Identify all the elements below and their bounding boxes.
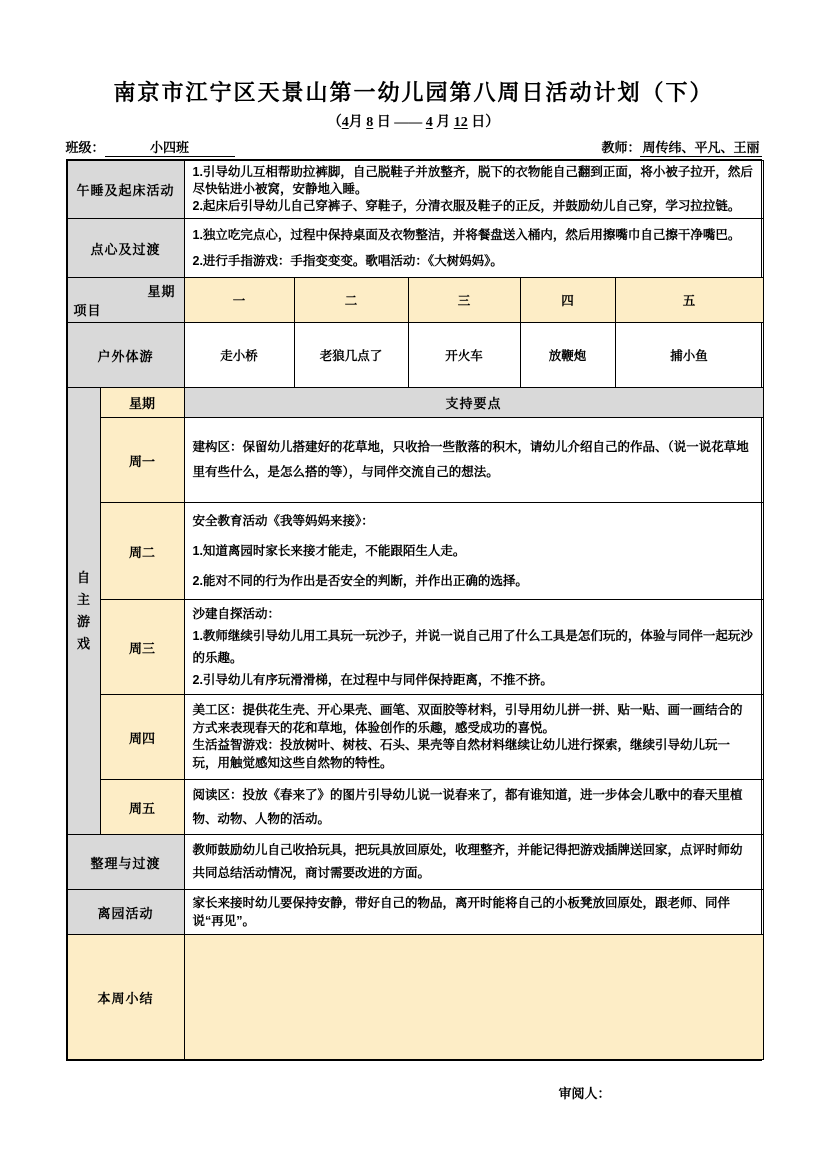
- table-row: 本周小结: [67, 935, 763, 1060]
- outdoor-table: 星期 项目 一 二 三 四 五 户外体游 走小桥 老狼几点了 开火车 放鞭炮 捕…: [67, 277, 764, 388]
- page-title: 南京市江宁区天景山第一幼儿园第八周日活动计划（下）: [0, 76, 827, 107]
- corner-project-label: 项目: [74, 300, 102, 319]
- free-play-side-label-cell: 自主游戏: [67, 388, 100, 835]
- free-play-day-tue: 周二: [100, 503, 184, 600]
- teacher-label: 教师：: [601, 140, 640, 155]
- outdoor-activity-tue: 老狼几点了: [294, 323, 408, 388]
- subtitle-date-number: 4: [426, 115, 433, 130]
- content-line: 2.进行手指游戏：手指变变变。歌唱活动：《大树妈妈》。: [193, 248, 755, 274]
- content-line: 2.引导幼儿有序玩滑滑梯，在过程中与同伴保持距离，不推不挤。: [193, 669, 755, 691]
- day-header-wed: 三: [408, 278, 520, 323]
- free-play-day-fri: 周五: [100, 780, 184, 835]
- outdoor-row-label: 户外体游: [67, 323, 184, 388]
- free-play-points-header: 支持要点: [184, 388, 763, 418]
- class-label: 班级：: [66, 140, 105, 155]
- subtitle-segment: 日 ——: [373, 115, 426, 130]
- free-play-content-thu: 美工区：提供花生壳、开心果壳、画笔、双面胶等材料，引导用幼儿拼一拼、贴一贴、画一…: [184, 695, 763, 780]
- content-line: 1.独立吃完点心，过程中保持桌面及衣物整洁，并将餐盘送入桶内，然后用擦嘴巾自己擦…: [193, 222, 755, 248]
- day-header-thu: 四: [520, 278, 615, 323]
- free-play-week-header: 星期: [100, 388, 184, 418]
- subtitle-segment: 日）: [468, 115, 500, 130]
- content-line: 阅读区：投放《春来了》的图片引导幼儿说一说春来了，都有谁知道，进一步体会儿歌中的…: [193, 783, 755, 831]
- corner-week-label: 星期: [147, 281, 175, 300]
- table-row: 周三 沙建自探活动： 1.教师继续引导幼儿用工具玩一玩沙子，并说一说自己用了什么…: [67, 600, 763, 695]
- free-play-table: 自主游戏 星期 支持要点 周一 建构区：保留幼儿搭建好的花草地，只收拾一些散落的…: [67, 387, 764, 835]
- content-line: 2.能对不同的行为作出是否安全的判断，并作出正确的选择。: [193, 566, 755, 596]
- content-line: 1.教师继续引导幼儿用工具玩一玩沙子，并说一说自己用了什么工具是怎们玩的，体验与…: [193, 625, 755, 669]
- footer-line: 审阅人：: [66, 1083, 762, 1102]
- table-row: 户外体游 走小桥 老狼几点了 开火车 放鞭炮 捕小鱼: [67, 323, 763, 388]
- free-play-content-wed: 沙建自探活动： 1.教师继续引导幼儿用工具玩一玩沙子，并说一说自己用了什么工具是…: [184, 600, 763, 695]
- table-row: 自主游戏 星期 支持要点: [67, 388, 763, 418]
- snack-row-content: 1.独立吃完点心，过程中保持桌面及衣物整洁，并将餐盘送入桶内，然后用擦嘴巾自己擦…: [184, 219, 763, 278]
- outdoor-activity-mon: 走小桥: [184, 323, 294, 388]
- routine-table: 午睡及起床活动 1.引导幼儿互相帮助拉裤脚，自己脱鞋子并放整齐，脱下的衣物能自己…: [67, 160, 764, 278]
- content-line: 安全教育活动《我等妈妈来接》：: [193, 506, 755, 536]
- content-line: 沙建自探活动：: [193, 603, 755, 625]
- teacher-field: 教师：周传纬、平凡、王丽: [601, 137, 761, 157]
- table-row: 午睡及起床活动 1.引导幼儿互相帮助拉裤脚，自己脱鞋子并放整齐，脱下的衣物能自己…: [67, 161, 763, 219]
- content-line: 生活益智游戏：投放树叶、树枝、石头、果壳等自然材料继续让幼儿进行探索，继续引导幼…: [193, 737, 755, 772]
- day-header-mon: 一: [184, 278, 294, 323]
- table-row: 周四 美工区：提供花生壳、开心果壳、画笔、双面胶等材料，引导用幼儿拼一拼、贴一贴…: [67, 695, 763, 780]
- class-value: 小四班: [105, 137, 235, 157]
- class-field: 班级：小四班: [66, 137, 235, 157]
- subtitle-date-number: 4: [342, 115, 349, 130]
- table-row: 星期 项目 一 二 三 四 五: [67, 278, 763, 323]
- content-line: 家长来接时幼儿要保持安静，带好自己的物品，离开时能将自己的小板凳放回原处，跟老师…: [193, 894, 755, 930]
- leave-row-content: 家长来接时幼儿要保持安静，带好自己的物品，离开时能将自己的小板凳放回原处，跟老师…: [184, 890, 763, 935]
- free-play-content-mon: 建构区：保留幼儿搭建好的花草地，只收拾一些散落的积木，请幼儿介绍自己的作品、（说…: [184, 418, 763, 503]
- date-range-subtitle: （4月 8 日 —— 4 月 12 日）: [0, 111, 827, 131]
- outdoor-activity-fri: 捕小鱼: [615, 323, 763, 388]
- free-play-content-fri: 阅读区：投放《春来了》的图片引导幼儿说一说春来了，都有谁知道，进一步体会儿歌中的…: [184, 780, 763, 835]
- content-line: 建构区：保留幼儿搭建好的花草地，只收拾一些散落的积木，请幼儿介绍自己的作品、（说…: [193, 435, 755, 485]
- summary-row-label: 本周小结: [67, 935, 184, 1060]
- subtitle-segment: 月: [433, 115, 454, 130]
- free-play-day-wed: 周三: [100, 600, 184, 695]
- nap-row-content: 1.引导幼儿互相帮助拉裤脚，自己脱鞋子并放整齐，脱下的衣物能自己翻到正面，将小被…: [184, 161, 763, 219]
- tidy-row-label: 整理与过渡: [67, 835, 184, 890]
- table-row: 周一 建构区：保留幼儿搭建好的花草地，只收拾一些散落的积木，请幼儿介绍自己的作品…: [67, 418, 763, 503]
- content-line: 1.知道离园时家长来接才能走，不能跟陌生人走。: [193, 536, 755, 566]
- free-play-content-tue: 安全教育活动《我等妈妈来接》： 1.知道离园时家长来接才能走，不能跟陌生人走。 …: [184, 503, 763, 600]
- closing-table: 整理与过渡 教师鼓励幼儿自己收拾玩具，把玩具放回原处，收理整齐，并能记得把游戏插…: [67, 834, 764, 1060]
- day-header-fri: 五: [615, 278, 763, 323]
- tidy-row-content: 教师鼓励幼儿自己收拾玩具，把玩具放回原处，收理整齐，并能记得把游戏插牌送回家，点…: [184, 835, 763, 890]
- subtitle-segment: 月: [349, 115, 367, 130]
- table-row: 点心及过渡 1.独立吃完点心，过程中保持桌面及衣物整洁，并将餐盘送入桶内，然后用…: [67, 219, 763, 278]
- plan-table: 午睡及起床活动 1.引导幼儿互相帮助拉裤脚，自己脱鞋子并放整齐，脱下的衣物能自己…: [66, 159, 762, 1061]
- free-play-day-thu: 周四: [100, 695, 184, 780]
- free-play-day-mon: 周一: [100, 418, 184, 503]
- content-line: 教师鼓励幼儿自己收拾玩具，把玩具放回原处，收理整齐，并能记得把游戏插牌送回家，点…: [193, 839, 755, 885]
- document-page: 南京市江宁区天景山第一幼儿园第八周日活动计划（下） （4月 8 日 —— 4 月…: [0, 0, 827, 1170]
- reviewer-label: 审阅人：: [559, 1086, 611, 1101]
- meta-line: 班级：小四班 教师：周传纬、平凡、王丽: [66, 137, 762, 157]
- subtitle-segment: （: [328, 115, 342, 130]
- free-play-side-label: 自主游戏: [76, 567, 91, 655]
- outdoor-activity-thu: 放鞭炮: [520, 323, 615, 388]
- table-row: 周二 安全教育活动《我等妈妈来接》： 1.知道离园时家长来接才能走，不能跟陌生人…: [67, 503, 763, 600]
- table-row: 整理与过渡 教师鼓励幼儿自己收拾玩具，把玩具放回原处，收理整齐，并能记得把游戏插…: [67, 835, 763, 890]
- snack-row-label: 点心及过渡: [67, 219, 184, 278]
- teacher-value: 周传纬、平凡、王丽: [640, 137, 761, 157]
- week-project-corner-cell: 星期 项目: [67, 278, 184, 323]
- subtitle-date-number: 12: [454, 115, 468, 130]
- outdoor-activity-wed: 开火车: [408, 323, 520, 388]
- content-line: 美工区：提供花生壳、开心果壳、画笔、双面胶等材料，引导用幼儿拼一拼、贴一贴、画一…: [193, 702, 755, 737]
- nap-row-label: 午睡及起床活动: [67, 161, 184, 219]
- content-line: 2.起床后引导幼儿自己穿裤子、穿鞋子，分清衣服及鞋子的正反，并鼓励幼儿自己穿，学…: [193, 198, 755, 215]
- summary-row-content: [184, 935, 763, 1060]
- table-row: 离园活动 家长来接时幼儿要保持安静，带好自己的物品，离开时能将自己的小板凳放回原…: [67, 890, 763, 935]
- leave-row-label: 离园活动: [67, 890, 184, 935]
- day-header-tue: 二: [294, 278, 408, 323]
- table-row: 周五 阅读区：投放《春来了》的图片引导幼儿说一说春来了，都有谁知道，进一步体会儿…: [67, 780, 763, 835]
- content-line: 1.引导幼儿互相帮助拉裤脚，自己脱鞋子并放整齐，脱下的衣物能自己翻到正面，将小被…: [193, 164, 755, 198]
